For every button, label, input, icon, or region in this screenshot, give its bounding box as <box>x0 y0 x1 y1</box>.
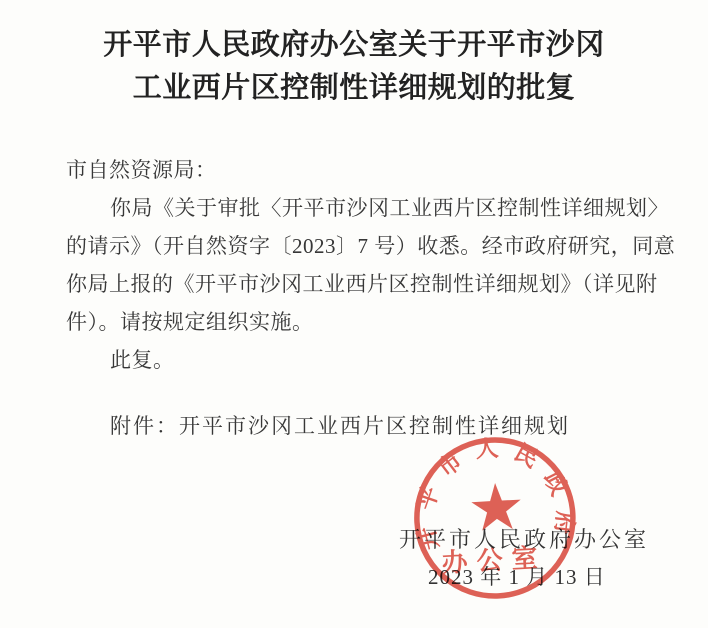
document-title-line-2: 工业西片区控制性详细规划的批复 <box>0 67 708 110</box>
body-line: 你局上报的《开平市沙冈工业西片区控制性详细规划》（详见附 <box>66 265 660 303</box>
body-line: 件）。请按规定组织实施。 <box>66 303 660 341</box>
official-seal-stamp: 开平市人民政府 办公室 <box>400 425 589 614</box>
body-line: 的请示》（开自然资字〔2023〕7 号）收悉。经市政府研究，同意 <box>66 227 660 265</box>
seal-bottom-text: 办公室 <box>441 543 547 577</box>
salutation-line: 市自然资源局： <box>66 151 660 189</box>
document-title-line-1: 开平市人民政府办公室关于开平市沙冈 <box>0 24 708 67</box>
document-body: 市自然资源局： 你局《关于审批〈开平市沙冈工业西片区控制性详细规划〉 的请示》（… <box>66 151 660 379</box>
closing-line: 此复。 <box>66 341 660 379</box>
scanned-document-page: 开平市人民政府办公室关于开平市沙冈 工业西片区控制性详细规划的批复 市自然资源局… <box>0 0 708 628</box>
star-icon <box>470 482 522 532</box>
body-line: 你局《关于审批〈开平市沙冈工业西片区控制性详细规划〉 <box>66 189 660 227</box>
document-title: 开平市人民政府办公室关于开平市沙冈 工业西片区控制性详细规划的批复 <box>0 24 708 110</box>
